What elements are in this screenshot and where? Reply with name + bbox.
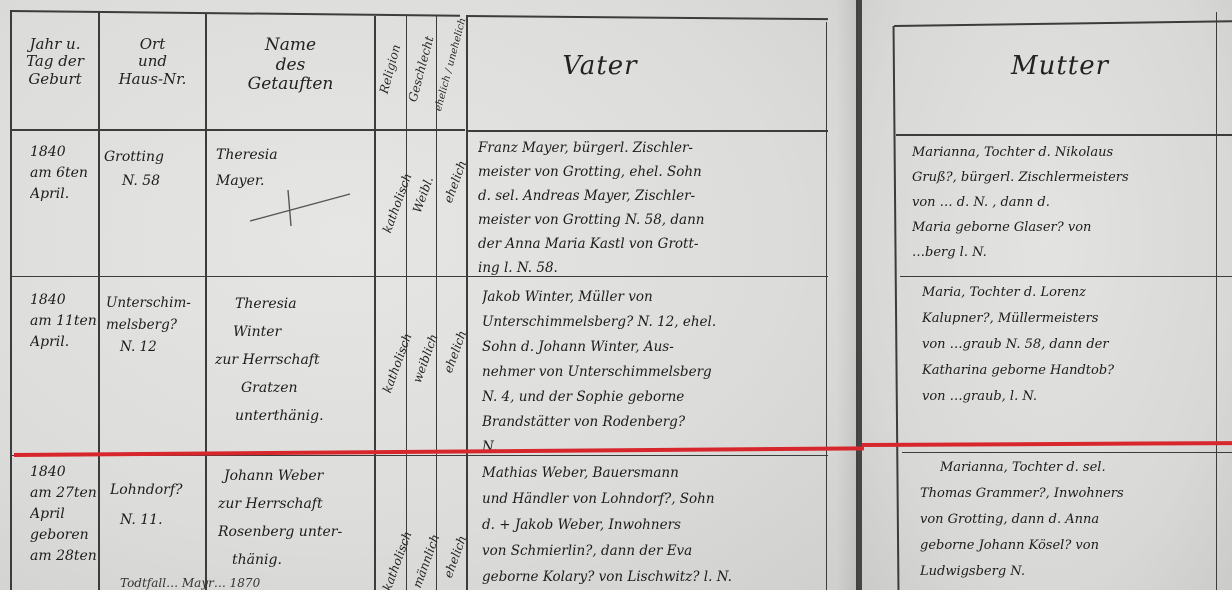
header-place: Ort und Haus-Nr. [100, 36, 205, 88]
date-line: am 11ten [30, 311, 96, 332]
father-line: nehmer von Unterschimmelsberg [482, 360, 827, 385]
father-line: d. sel. Andreas Mayer, Zischler- [478, 184, 823, 208]
header-place-line: Haus-Nr. [100, 71, 205, 88]
name-line: unterthänig. [215, 402, 373, 430]
place-line: N. 12 [106, 336, 204, 358]
entry-place: Grotting N. 58 [104, 145, 204, 193]
entry-date: 1840 am 6ten April. [30, 142, 96, 205]
entry-father: Jakob Winter, Müller von Unterschimmelsb… [482, 285, 827, 460]
father-line: d. + Jakob Weber, Inwohners [482, 512, 822, 538]
father-line: meister von Grotting N. 58, dann [478, 208, 823, 232]
header-father: Vater [520, 52, 680, 82]
gutter-shadow [836, 0, 858, 590]
place-line: Lohndorf? [110, 475, 205, 505]
header-date-line: Geburt [10, 71, 100, 88]
header-place-line: und [100, 53, 205, 70]
date-line: 1840 [30, 462, 98, 483]
name-line: Rosenberg unter- [218, 518, 373, 546]
entry-place: Unterschim- melsberg? N. 12 [106, 292, 204, 358]
date-line: 1840 [30, 142, 96, 163]
mother-line: Ludwigsberg N. [920, 559, 1220, 585]
mother-line: Katharina geborne Handtob? [922, 358, 1222, 384]
header-date-line: Tag der [10, 53, 100, 70]
name-line: Gratzen [215, 374, 373, 402]
mother-line: Kalupner?, Müllermeisters [922, 306, 1222, 332]
place-line: melsberg? [106, 314, 204, 336]
name-line: Theresia [215, 290, 373, 318]
death-cross-icon [245, 188, 355, 228]
entry-mother: Maria, Tochter d. Lorenz Kalupner?, Müll… [922, 280, 1222, 410]
place-line: Grotting [104, 145, 204, 169]
place-line: N. 58 [104, 169, 204, 193]
mother-line: geborne Johann Kösel? von [920, 533, 1220, 559]
father-line: Unterschimmelsberg? N. 12, ehel. [482, 310, 827, 335]
entry-father: Franz Mayer, bürgerl. Zischler- meister … [478, 136, 823, 280]
book-gutter [856, 0, 862, 590]
header-name-line: Name [207, 36, 374, 56]
entry-name: Theresia Mayer. [216, 142, 371, 194]
header-mother: Mutter [990, 52, 1130, 82]
name-line: zur Herrschaft [218, 490, 373, 518]
father-line: ing l. N. 58. [478, 256, 823, 280]
name-line: Johann Weber [218, 462, 373, 490]
entry-place: Lohndorf? N. 11. [110, 475, 205, 535]
name-line: thänig. [218, 546, 373, 574]
mother-line: …berg l. N. [912, 240, 1217, 265]
mother-line: Gruß?, bürgerl. Zischlermeisters [912, 165, 1217, 190]
date-line: am 6ten [30, 163, 96, 184]
date-line: April. [30, 184, 96, 205]
entry-mother: Marianna, Tochter d. sel. Thomas Grammer… [920, 455, 1220, 585]
header-date-line: Jahr u. [10, 36, 100, 53]
father-line: meister von Grotting, ehel. Sohn [478, 160, 823, 184]
mother-line: von … d. N. , dann d. [912, 190, 1217, 215]
mother-line: von Grotting, dann d. Anna [920, 507, 1220, 533]
date-line: April [30, 504, 98, 525]
mother-line: Maria geborne Glaser? von [912, 215, 1217, 240]
father-line: Mathias Weber, Bauersmann [482, 460, 822, 486]
father-line: der Anna Maria Kastl von Grott- [478, 232, 823, 256]
father-line: Jakob Winter, Müller von [482, 285, 827, 310]
father-line: Franz Mayer, bürgerl. Zischler- [478, 136, 823, 160]
entry-father: Mathias Weber, Bauersmann und Händler vo… [482, 460, 822, 590]
father-line: Sohn d. Johann Winter, Aus- [482, 335, 827, 360]
entry-name: Theresia Winter zur Herrschaft Gratzen u… [215, 290, 373, 430]
entry-date: 1840 am 11ten April. [30, 290, 96, 353]
mother-line: Marianna, Tochter d. sel. [920, 455, 1220, 481]
mother-line: von …graub N. 58, dann der [922, 332, 1222, 358]
header-name-line: Getauften [207, 75, 374, 95]
father-line: von Schmierlin?, dann der Eva [482, 538, 822, 564]
father-line: und Händler von Lohndorf?, Sohn [482, 486, 822, 512]
date-line: am 27ten [30, 483, 98, 504]
date-line: 1840 [30, 290, 96, 311]
name-line: Winter [215, 318, 373, 346]
mother-line: Maria, Tochter d. Lorenz [922, 280, 1222, 306]
mother-line: Marianna, Tochter d. Nikolaus [912, 140, 1217, 165]
header-name: Name des Getauften [207, 36, 374, 95]
entry-name: Johann Weber zur Herrschaft Rosenberg un… [218, 462, 373, 574]
name-line: zur Herrschaft [215, 346, 373, 374]
entry-mother: Marianna, Tochter d. Nikolaus Gruß?, bür… [912, 140, 1217, 265]
mother-line: Thomas Grammer?, Inwohners [920, 481, 1220, 507]
place-line: Unterschim- [106, 292, 204, 314]
place-line: N. 11. [110, 505, 205, 535]
father-line: Brandstätter von Rodenberg? [482, 410, 827, 435]
date-line: geboren [30, 525, 98, 546]
header-place-line: Ort [100, 36, 205, 53]
mother-line: von …graub, l. N. [922, 384, 1222, 410]
date-line: April. [30, 332, 96, 353]
father-line: geborne Kolary? von Lischwitz? l. N. [482, 564, 822, 590]
father-line: N. 4, und der Sophie geborne [482, 385, 827, 410]
name-line: Theresia [216, 142, 371, 168]
header-name-line: des [207, 56, 374, 76]
date-line: am 28ten [30, 546, 98, 567]
entry-footnote: Todtfall… Mayr… 1870 [120, 575, 380, 590]
entry-date: 1840 am 27ten April geboren am 28ten [30, 462, 98, 567]
header-date: Jahr u. Tag der Geburt [10, 36, 100, 88]
